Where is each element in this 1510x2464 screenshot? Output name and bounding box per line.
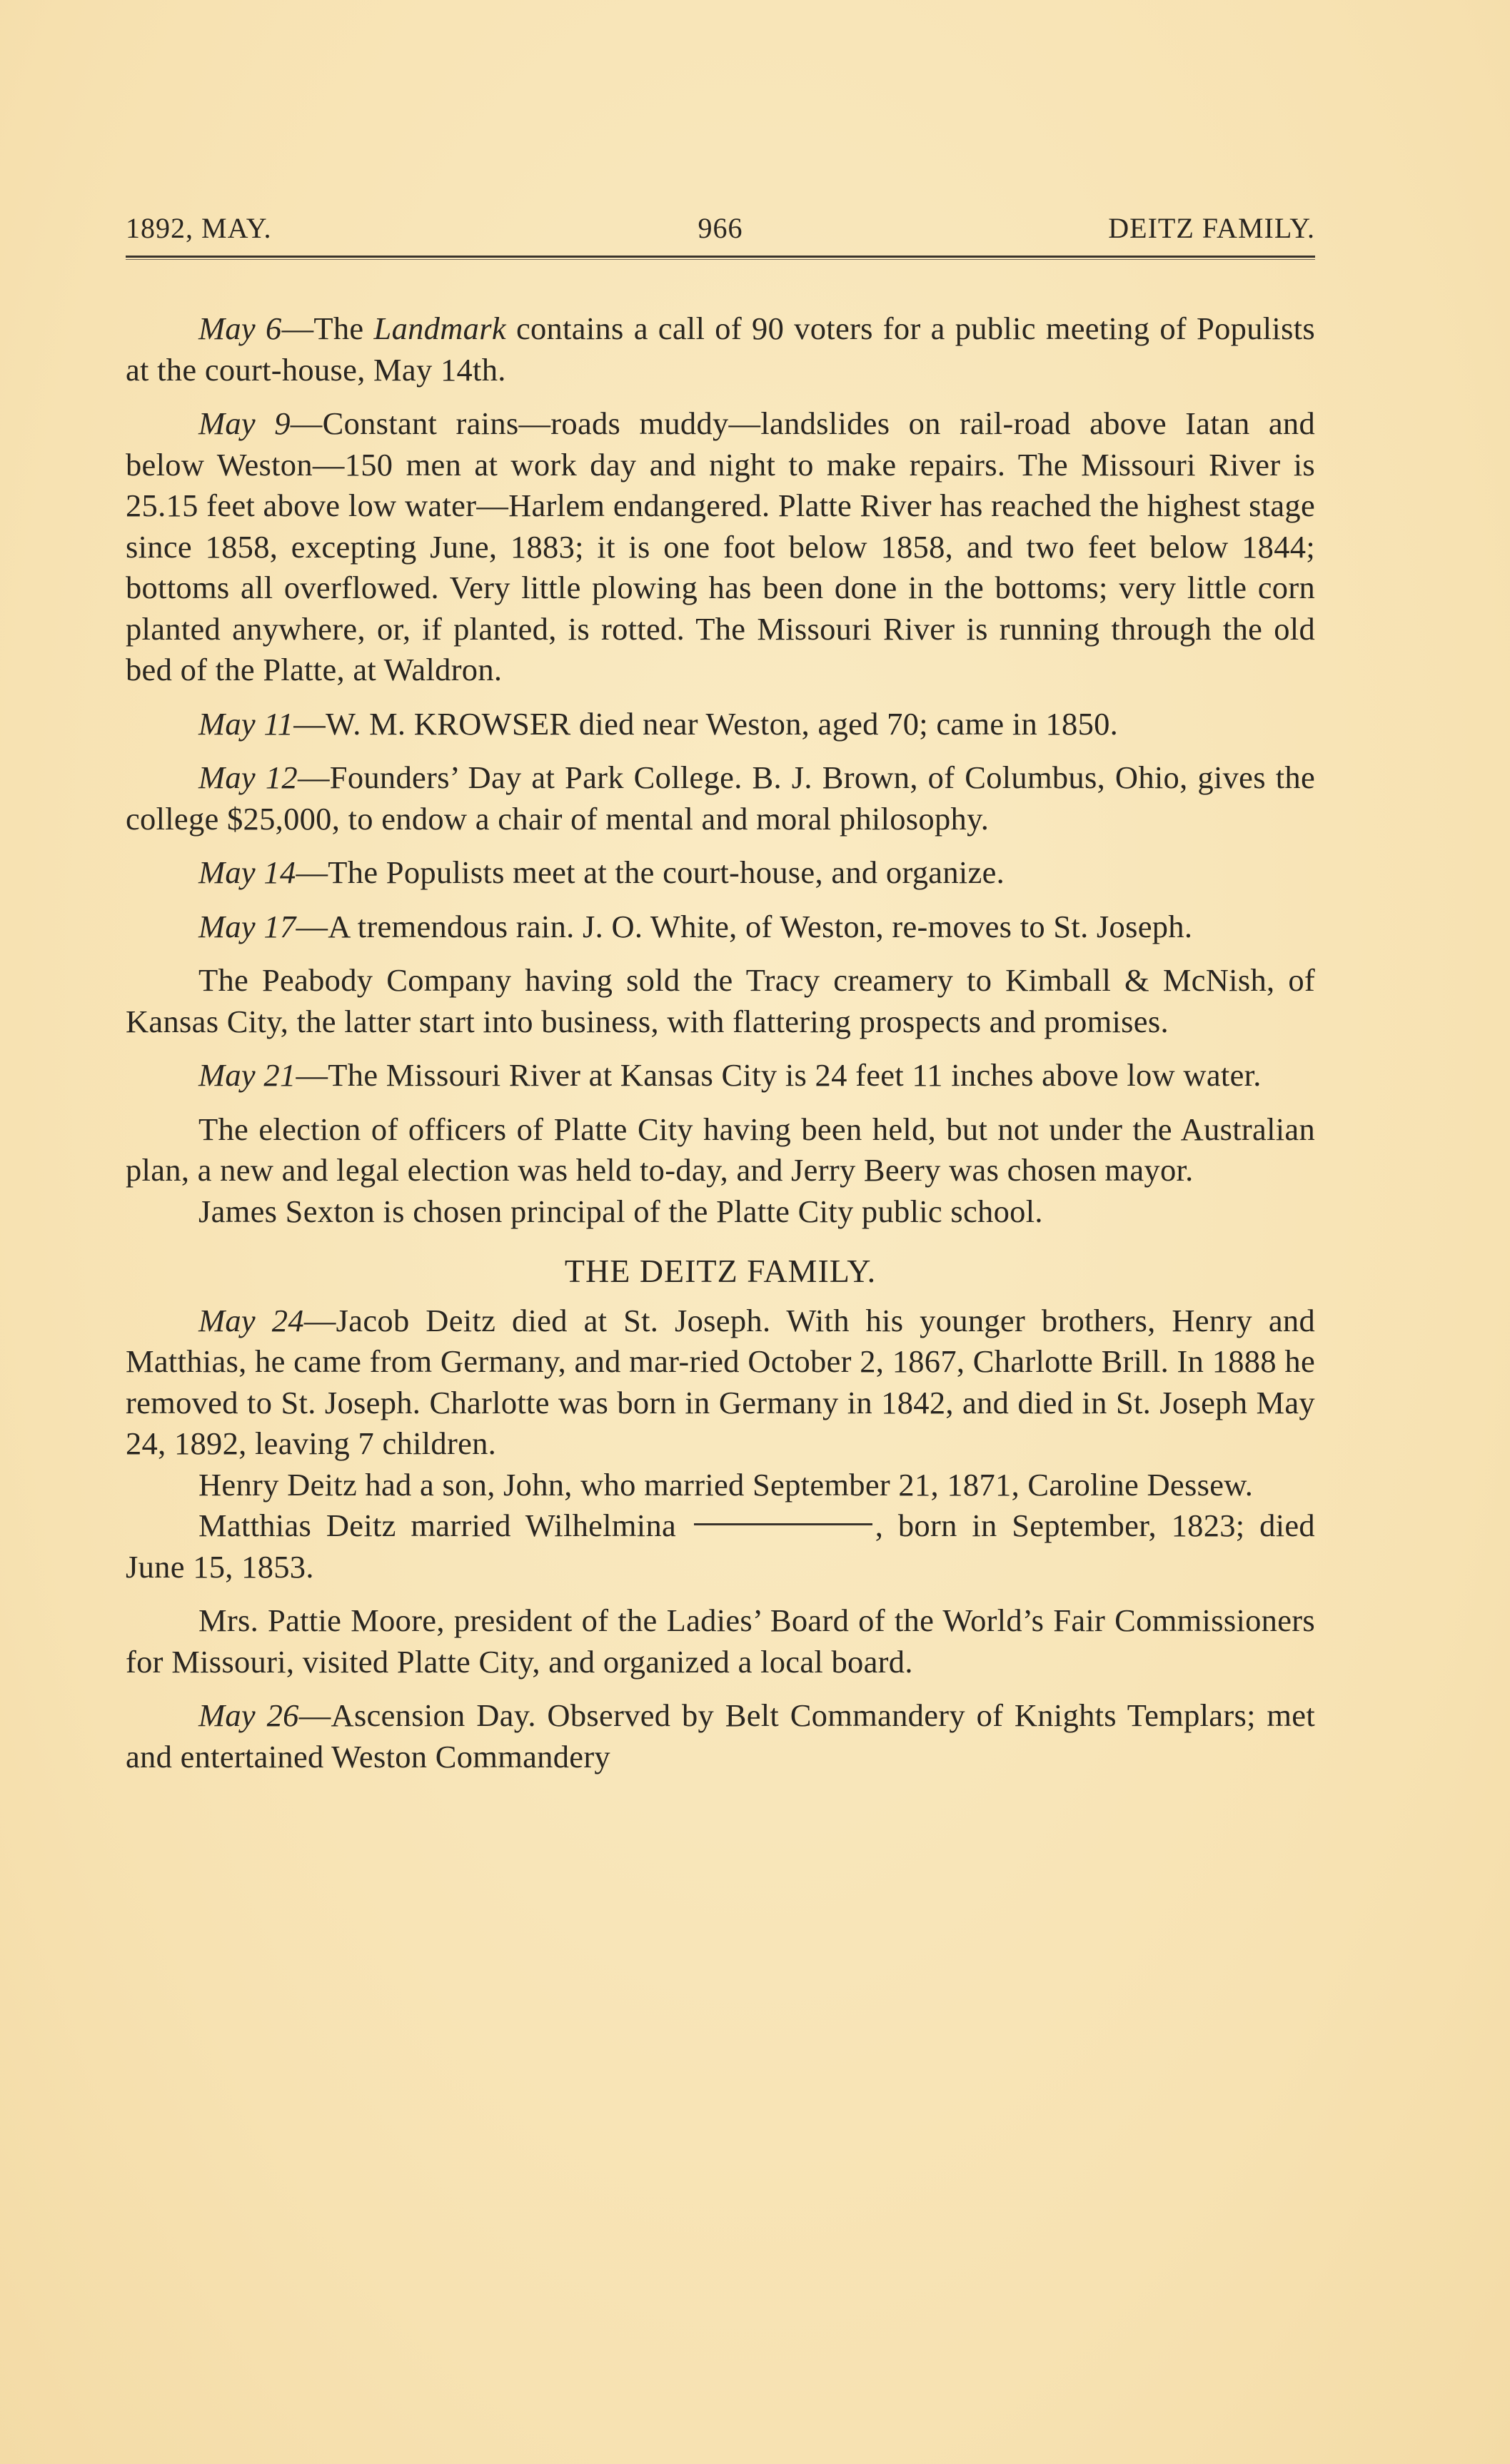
entry-may-26: May 26—Ascension Day. Observed by Belt C…	[126, 1695, 1315, 1777]
entry-may-11: May 11—W. M. KROWSER died near Weston, a…	[126, 704, 1315, 745]
page-body: May 6—The Landmark contains a call of 90…	[126, 308, 1315, 1777]
entry-date: May 17	[198, 909, 296, 944]
entry-may-14: May 14—The Populists meet at the court-h…	[126, 852, 1315, 894]
paragraph-platte-city-election: The election of officers of Platte City …	[126, 1109, 1315, 1191]
entry-may-24: May 24—Jacob Deitz died at St. Joseph. W…	[126, 1301, 1315, 1465]
entry-may-6: May 6—The Landmark contains a call of 90…	[126, 308, 1315, 390]
entry-date: May 6	[198, 310, 282, 346]
entry-may-17: May 17—A tremendous rain. J. O. White, o…	[126, 907, 1315, 948]
entry-date: May 12	[198, 759, 298, 795]
entry-date: May 26	[198, 1697, 299, 1733]
entry-may-9: May 9—Constant rains—roads muddy—landsli…	[126, 403, 1315, 691]
blank-surname-line	[694, 1523, 872, 1525]
paragraph-matthias-deitz: Matthias Deitz married Wilhelmina , born…	[126, 1505, 1315, 1587]
entry-date: May 14	[198, 854, 296, 890]
entry-date: May 9	[198, 405, 291, 441]
entry-may-12: May 12—Founders’ Day at Park College. B.…	[126, 757, 1315, 839]
paragraph-peabody-company: The Peabody Company having sold the Trac…	[126, 960, 1315, 1042]
running-head-date: 1892, MAY.	[126, 211, 522, 245]
page-number: 966	[522, 211, 918, 245]
section-heading: THE DEITZ FAMILY.	[126, 1251, 1315, 1292]
header-rule	[126, 256, 1315, 260]
newspaper-title: Landmark	[374, 310, 506, 346]
book-page: 1892, MAY. 966 DEITZ FAMILY. May 6—The L…	[126, 211, 1315, 1777]
entry-date: May 24	[198, 1303, 304, 1338]
entry-may-21: May 21—The Missouri River at Kansas City…	[126, 1055, 1315, 1096]
running-head: 1892, MAY. 966 DEITZ FAMILY.	[126, 211, 1315, 247]
running-head-title: DEITZ FAMILY.	[919, 211, 1315, 245]
entry-date: May 11	[198, 706, 293, 742]
paragraph-pattie-moore: Mrs. Pattie Moore, president of the Ladi…	[126, 1600, 1315, 1682]
paragraph-james-sexton: James Sexton is chosen principal of the …	[126, 1191, 1315, 1233]
entry-date: May 21	[198, 1057, 296, 1093]
paragraph-henry-deitz: Henry Deitz had a son, John, who married…	[126, 1465, 1315, 1506]
